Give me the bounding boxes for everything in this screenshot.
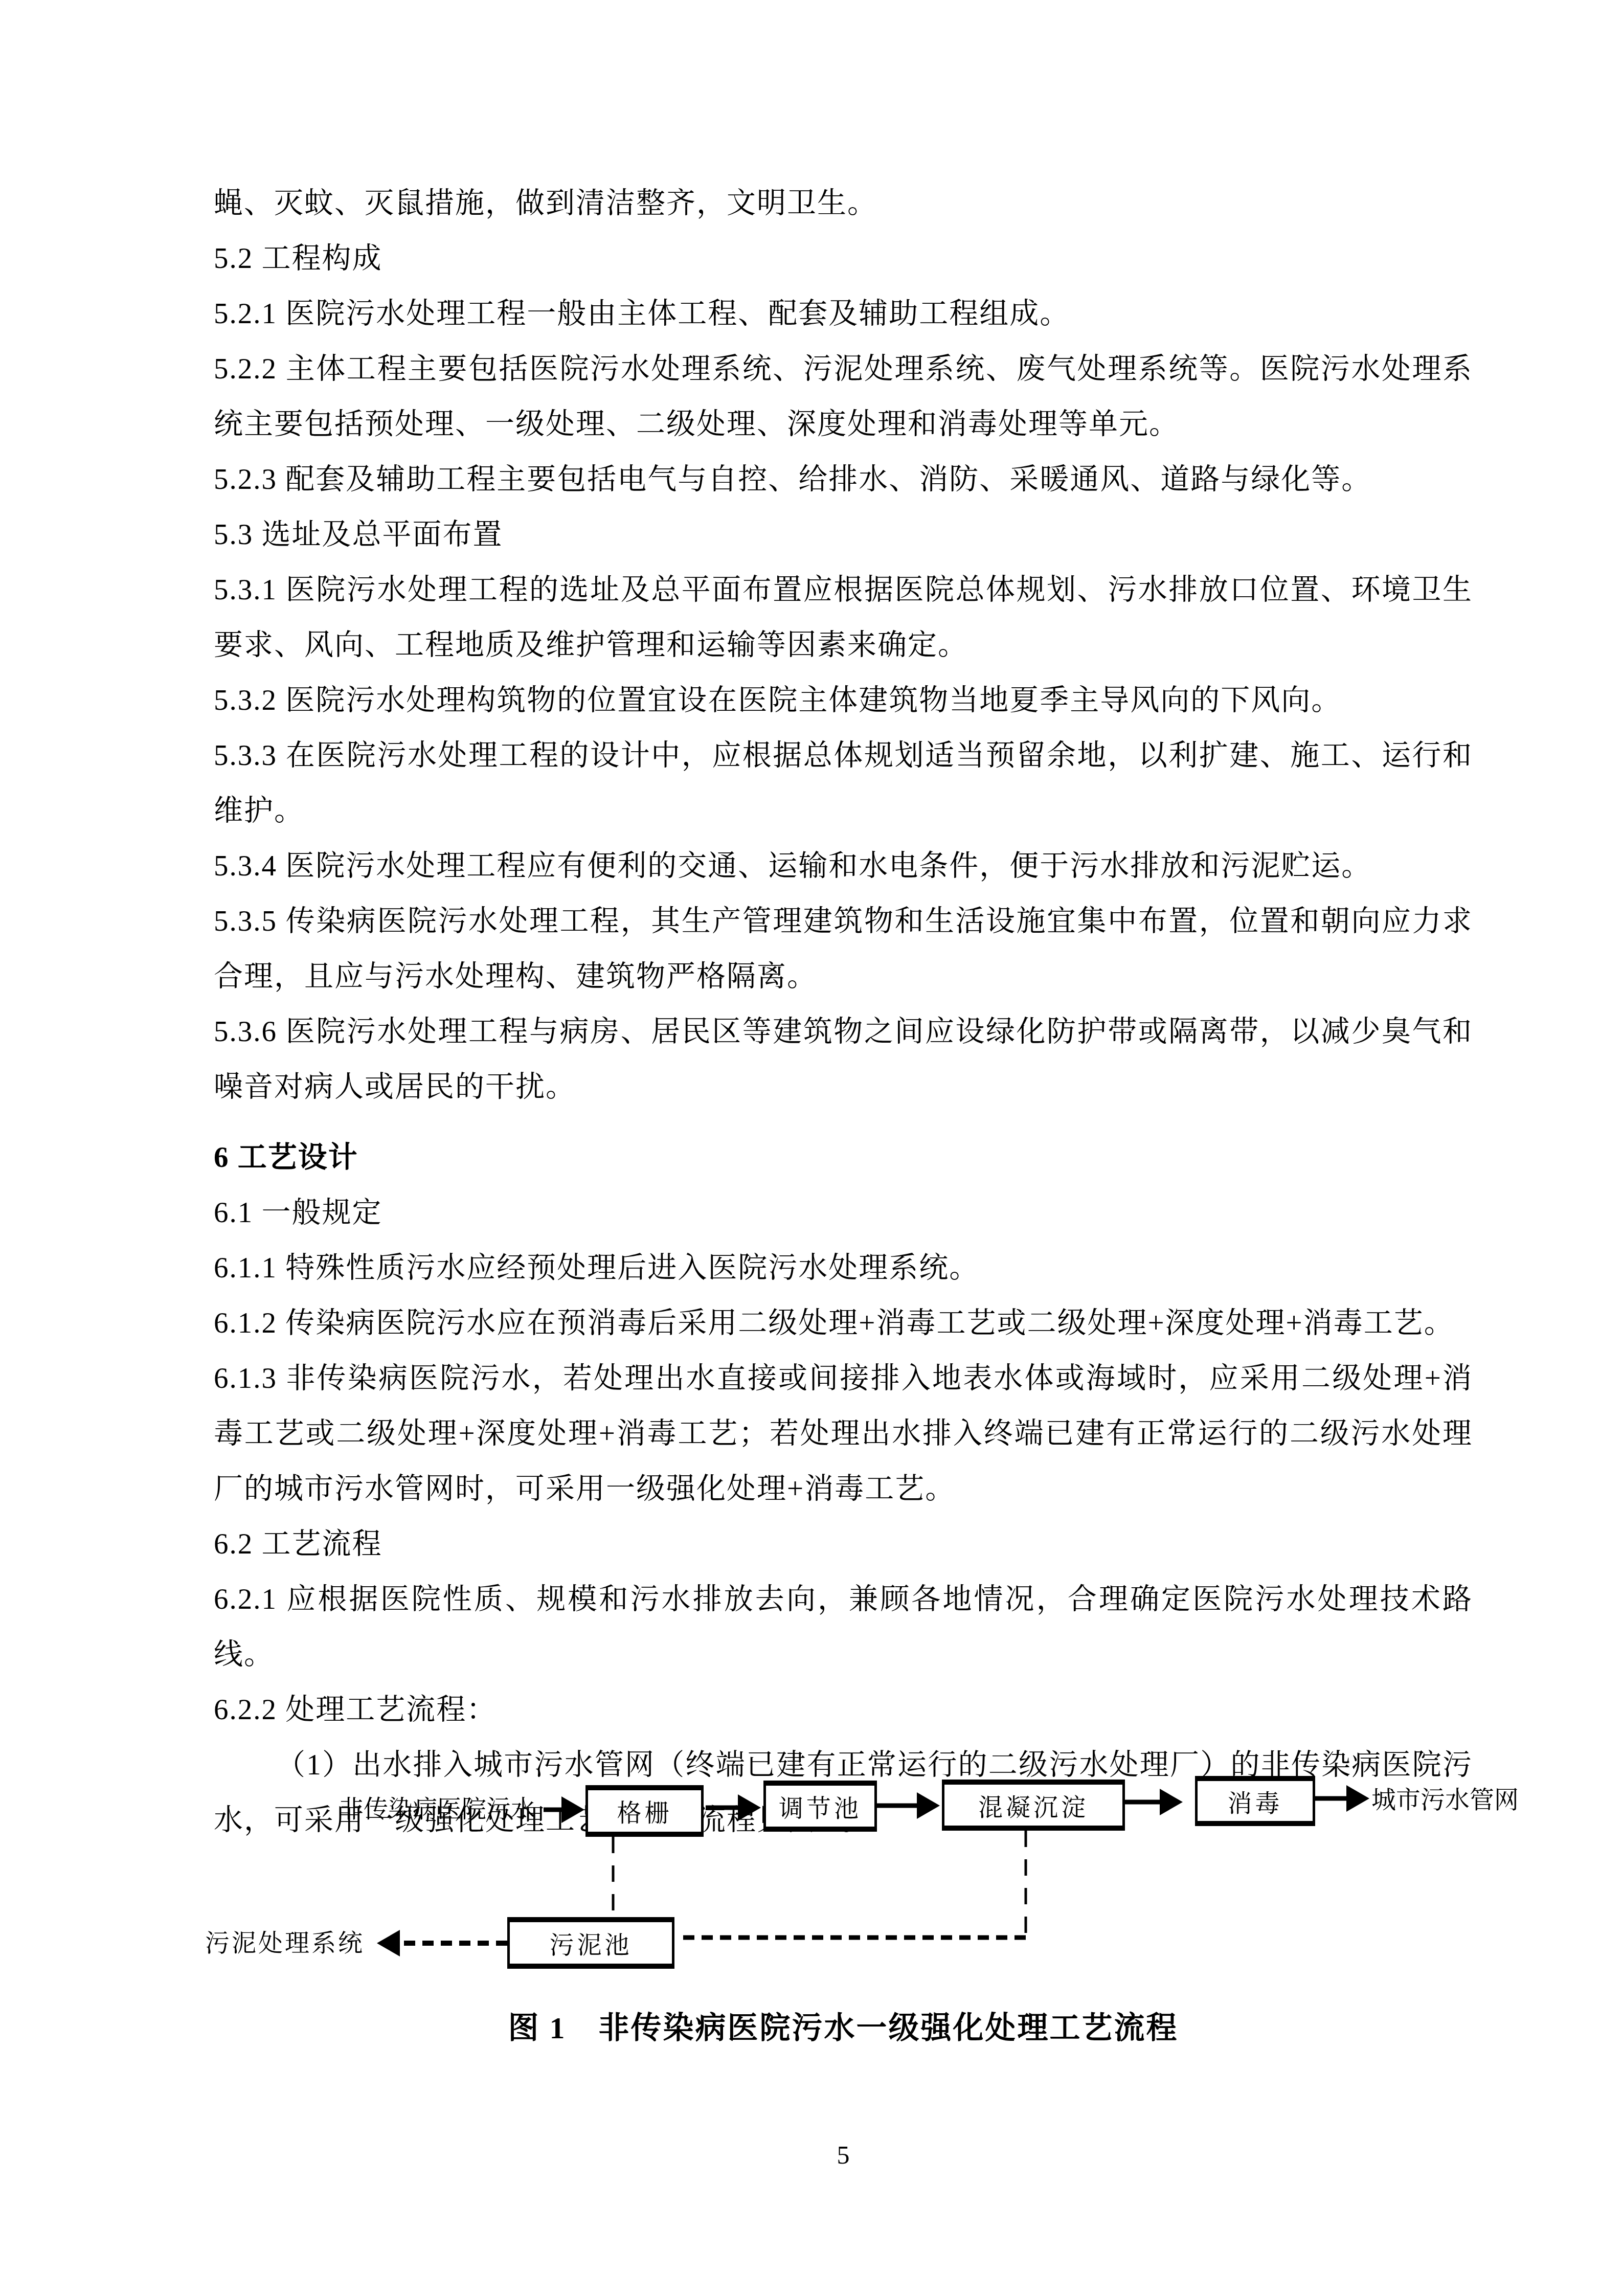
figure-caption: 图 1 非传染病医院污水一级强化处理工艺流程 (214, 2004, 1473, 2047)
sludge-tank-box: 污泥池 (507, 1917, 674, 1969)
paragraph: 5.2 工程构成 (214, 231, 1473, 286)
paragraph: 5.2.1 医院污水处理工程一般由主体工程、配套及辅助工程组成。 (214, 286, 1473, 342)
dotted-arrow-sludge-to-system (377, 1930, 507, 1956)
effluent-label: 城市污水管网 (1371, 1788, 1519, 1813)
paragraph: 6.1 一般规定 (214, 1185, 1473, 1241)
paragraph: 5.3.3 在医院污水处理工程的设计中，应根据总体规划适当预留余地，以利扩建、施… (214, 728, 1473, 839)
screen-box-label: 格栅 (617, 1793, 672, 1829)
paragraph: 5.3.4 医院污水处理工程应有便利的交通、运输和水电条件，便于污水排放和污泥贮… (214, 839, 1473, 894)
paragraph: 5.3.5 传染病医院污水处理工程，其生产管理建筑物和生活设施宜集中布置，位置和… (214, 894, 1473, 1004)
paragraph: 蝇、灭蚊、灭鼠措施，做到清洁整齐，文明卫生。 (214, 176, 1473, 231)
influent-label: 非传染病医院污水 (339, 1797, 535, 1822)
paragraph: 5.3 选址及总平面布置 (214, 507, 1473, 562)
coagulation-sedimentation-label: 混凝沉淀 (978, 1788, 1089, 1823)
disinfection-box: 消毒 (1195, 1776, 1315, 1826)
body-text: 蝇、灭蚊、灭鼠措施，做到清洁整齐，文明卫生。5.2 工程构成5.2.1 医院污水… (0, 0, 1623, 1848)
coagulation-sedimentation-box: 混凝沉淀 (942, 1780, 1125, 1831)
paragraph: 5.2.3 配套及辅助工程主要包括电气与自控、给排水、消防、采暖通风、道路与绿化… (214, 452, 1473, 507)
sludge-tank-label: 污泥池 (549, 1925, 632, 1961)
disinfection-label: 消毒 (1227, 1784, 1282, 1819)
paragraph: 6.1.1 特殊性质污水应经预处理后进入医院污水处理系统。 (214, 1241, 1473, 1296)
document-page: 蝇、灭蚊、灭鼠措施，做到清洁整齐，文明卫生。5.2 工程构成5.2.1 医院污水… (0, 0, 1623, 2296)
paragraph: 6 工艺设计 (214, 1130, 1473, 1185)
flow-arrow-disinfection-to-effluent (1315, 1785, 1369, 1812)
page-number: 5 (214, 2140, 1473, 2170)
figure-1-flowchart: 非传染病医院污水 格栅 调节池 混凝沉淀 消毒 污泥池 城市污水管网 污泥处理系… (0, 1739, 1623, 2025)
paragraph: 6.2.1 应根据医院性质、规模和污水排放去向，兼顾各地情况，合理确定医院污水处… (214, 1572, 1473, 1682)
screen-box: 格栅 (585, 1785, 704, 1837)
paragraph: 6.1.3 非传染病医院污水，若处理出水直接或间接排入地表水体或海域时，应采用二… (214, 1351, 1473, 1517)
flow-arrow-regulating-to-coagulation (877, 1792, 940, 1819)
paragraph: 6.2.2 处理工艺流程： (214, 1682, 1473, 1738)
flow-arrow-screen-to-regulating (706, 1794, 761, 1821)
flow-arrow-influent-to-screen (544, 1796, 584, 1823)
paragraph: 6.1.2 传染病医院污水应在预消毒后采用二级处理+消毒工艺或二级处理+深度处理… (214, 1296, 1473, 1351)
regulating-tank-box: 调节池 (763, 1781, 877, 1832)
regulating-tank-label: 调节池 (779, 1789, 862, 1824)
flow-arrow-coagulation-to-disinfection (1125, 1789, 1183, 1815)
paragraph: 5.3.2 医院污水处理构筑物的位置宜设在医院主体建筑物当地夏季主导风向的下风向… (214, 673, 1473, 728)
paragraph: 5.3.6 医院污水处理工程与病房、居民区等建筑物之间应设绿化防护带或隔离带，以… (214, 1004, 1473, 1115)
paragraph: 5.3.1 医院污水处理工程的选址及总平面布置应根据医院总体规划、污水排放口位置… (214, 562, 1473, 673)
paragraph: 5.2.2 主体工程主要包括医院污水处理系统、污泥处理系统、废气处理系统等。医院… (214, 342, 1473, 452)
paragraph: 6.2 工艺流程 (214, 1517, 1473, 1572)
sludge-system-label: 污泥处理系统 (205, 1931, 365, 1956)
